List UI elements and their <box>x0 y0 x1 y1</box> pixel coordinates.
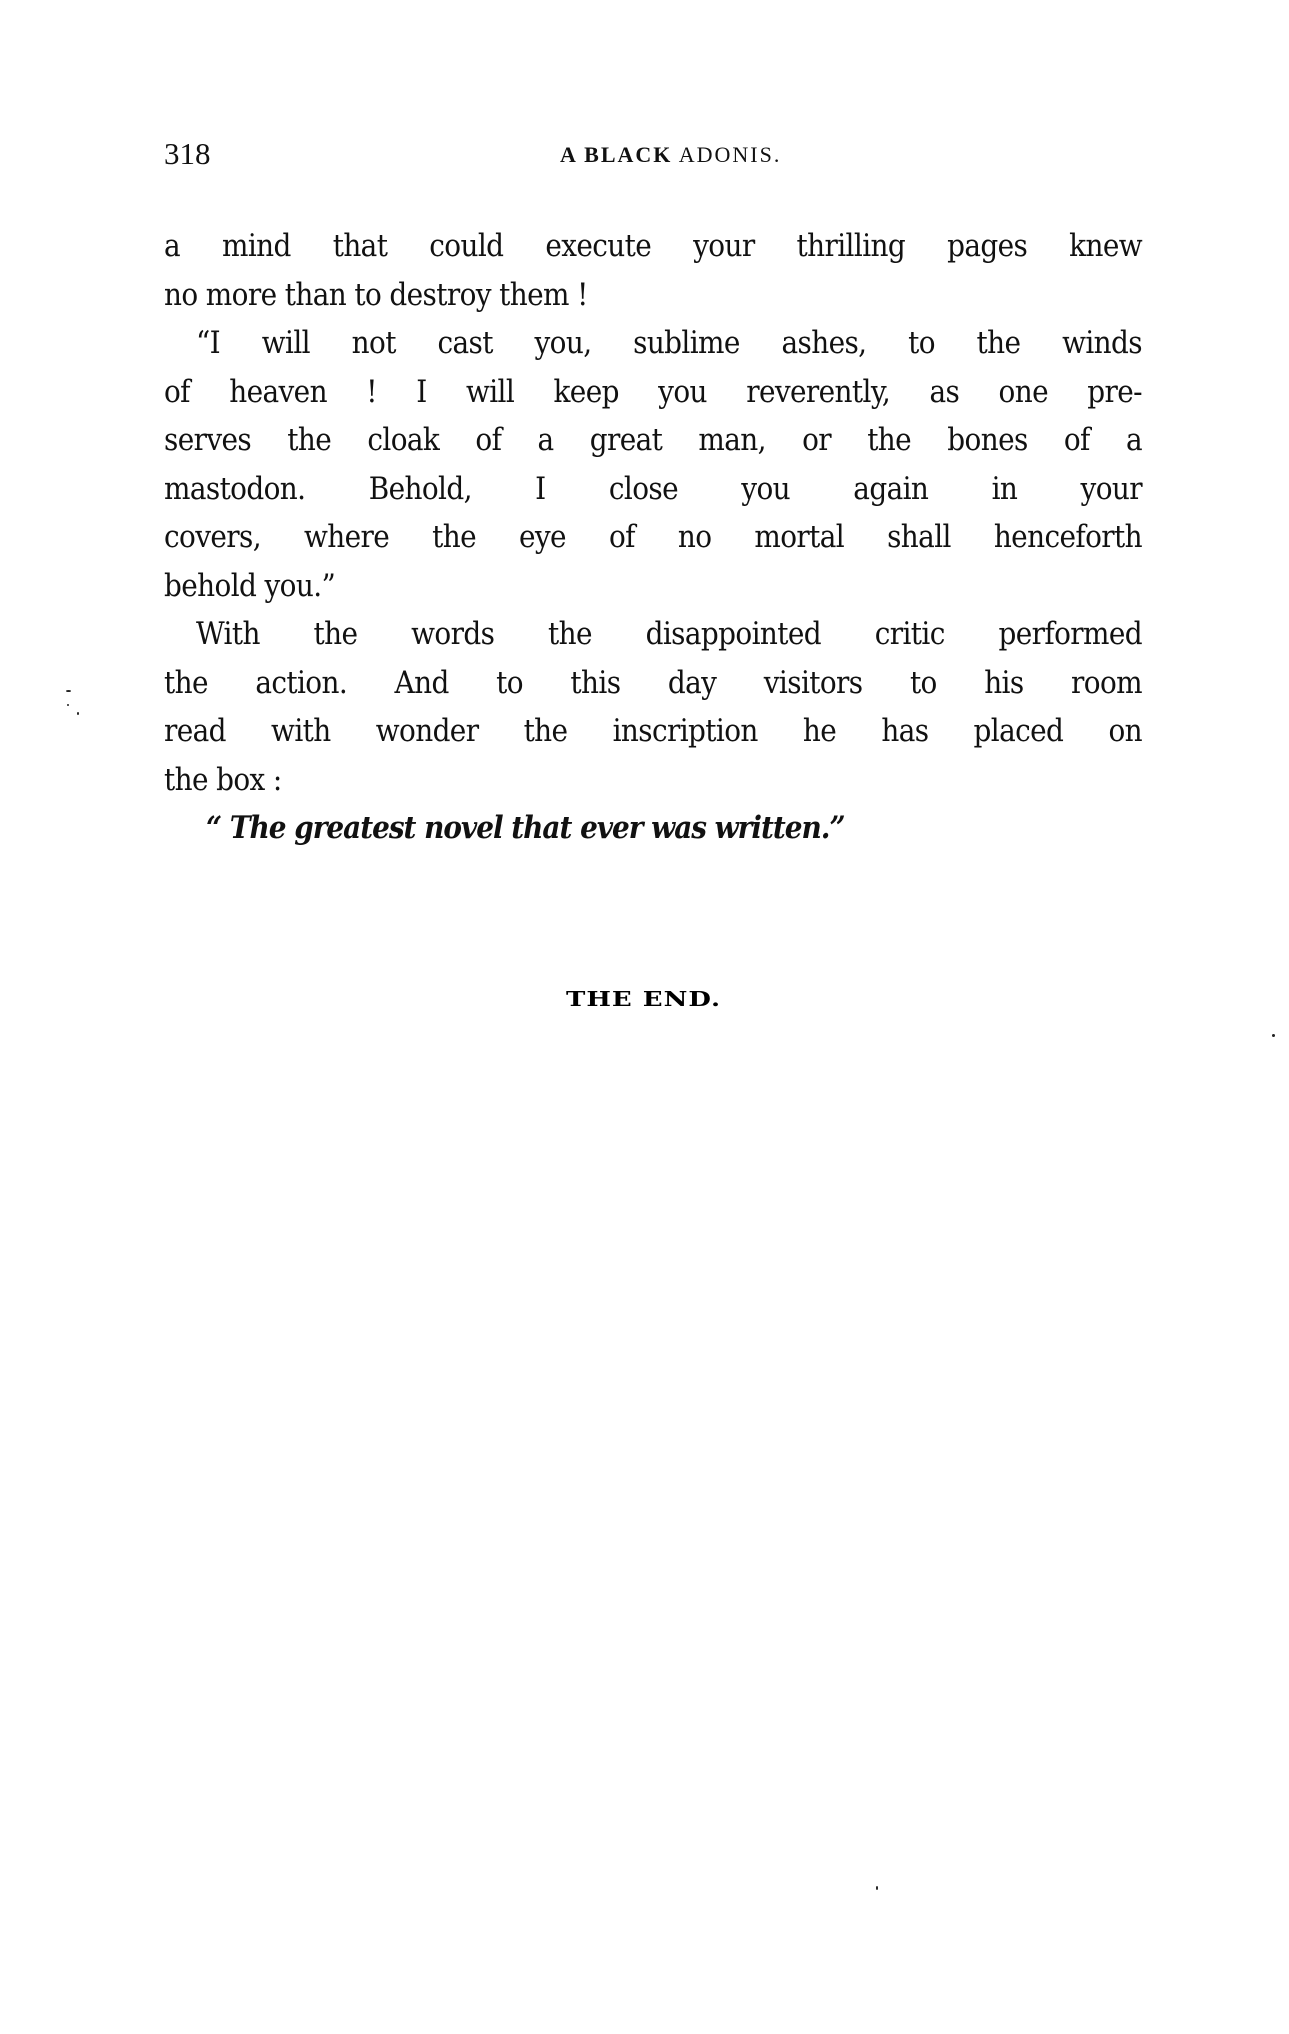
scan-speck <box>67 704 69 706</box>
text-line: “I will not cast you, sublime ashes, to … <box>164 319 1142 368</box>
body-text: a mind that could execute your thrilling… <box>164 222 1142 853</box>
text-line: the action. And to this day visitors to … <box>164 659 1142 708</box>
running-head: 318 A BLACK ADONIS. <box>164 136 1144 172</box>
text-line: of heaven ! I will keep you reverently, … <box>164 368 1142 417</box>
page-number: 318 <box>164 136 211 172</box>
scan-speck <box>66 690 71 692</box>
book-page: 318 A BLACK ADONIS. a mind that could ex… <box>0 0 1289 2034</box>
scan-speck <box>77 712 79 715</box>
running-title: A BLACK ADONIS. <box>560 140 781 170</box>
text-line: mastodon. Behold, I close you again in y… <box>164 465 1142 514</box>
text-line: read with wonder the inscription he has … <box>164 707 1142 756</box>
the-end-mark: THE END. <box>566 985 721 1014</box>
text-line: behold you.” <box>164 562 1142 611</box>
scan-speck <box>1272 1034 1275 1037</box>
text-line: serves the cloak of a great man, or the … <box>164 416 1142 465</box>
running-title-rest: ADONIS. <box>679 142 782 167</box>
text-line: With the words the disappointed critic p… <box>164 610 1142 659</box>
running-title-bold: A BLACK <box>560 142 672 167</box>
scan-speck <box>876 1886 878 1890</box>
text-line: no more than to destroy them ! <box>164 271 1142 320</box>
text-line: covers, where the eye of no mortal shall… <box>164 513 1142 562</box>
text-line: a mind that could execute your thrilling… <box>164 222 1142 271</box>
inscription-quote: “ The greatest novel that ever was writt… <box>164 804 1142 853</box>
text-line: the box : <box>164 756 1142 805</box>
